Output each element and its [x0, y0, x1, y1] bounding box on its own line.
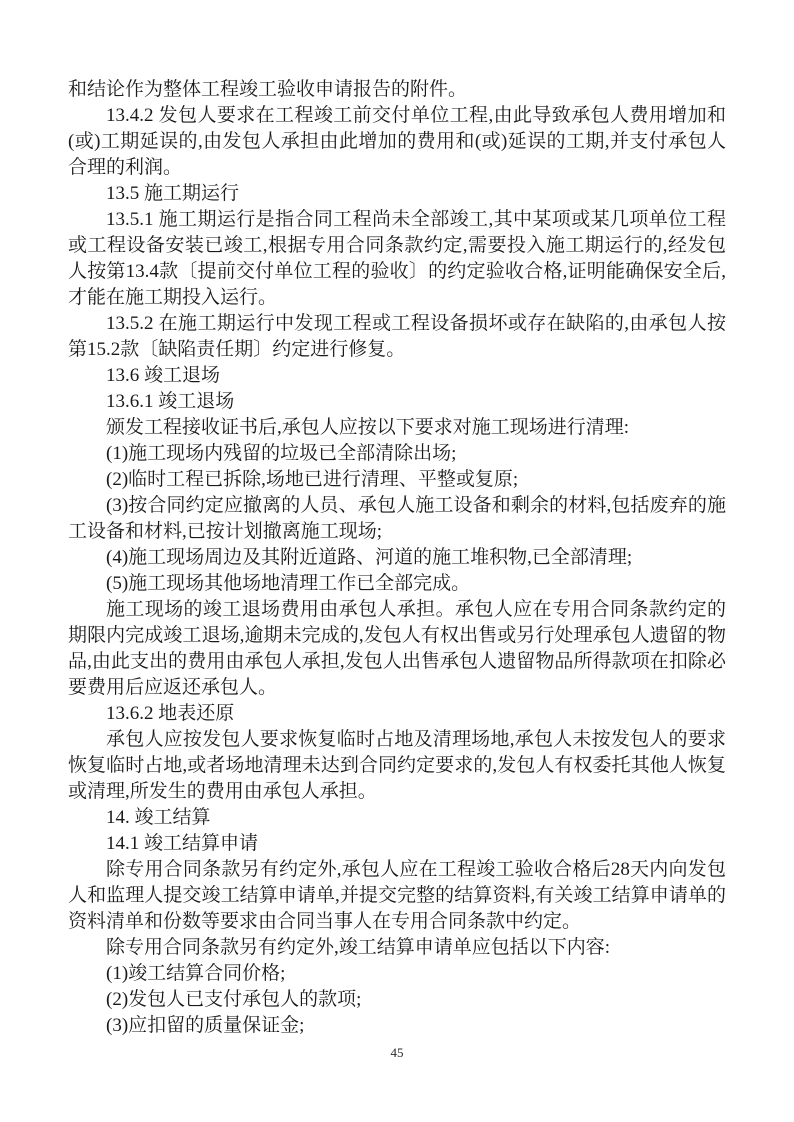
paragraph: 颁发工程接收证书后,承包人应按以下要求对施工现场进行清理: [68, 415, 726, 441]
paragraph: 13.5.2 在施工期运行中发现工程或工程设备损坏或存在缺陷的,由承包人按第15… [68, 311, 726, 363]
paragraph: 14.1 竣工结算申请 [68, 831, 726, 857]
page-number: 45 [68, 1044, 726, 1062]
paragraph: (1)施工现场内残留的垃圾已全部清除出场; [68, 441, 726, 467]
paragraph: (2)发包人已支付承包人的款项; [68, 987, 726, 1013]
paragraph: 除专用合同条款另有约定外,承包人应在工程竣工验收合格后28天内向发包人和监理人提… [68, 857, 726, 935]
paragraph: (3)按合同约定应撤离的人员、承包人施工设备和剩余的材料,包括废弃的施工设备和材… [68, 493, 726, 545]
paragraph: (2)临时工程已拆除,场地已进行清理、平整或复原; [68, 467, 726, 493]
paragraph: 13.6.2 地表还原 [68, 701, 726, 727]
paragraph: 和结论作为整体工程竣工验收申请报告的附件。 [68, 77, 726, 103]
paragraph: 13.6 竣工退场 [68, 363, 726, 389]
paragraph: (1)竣工结算合同价格; [68, 961, 726, 987]
paragraph: 13.5 施工期运行 [68, 181, 726, 207]
document-page: 和结论作为整体工程竣工验收申请报告的附件。13.4.2 发包人要求在工程竣工前交… [0, 0, 794, 1122]
paragraph: (5)施工现场其他场地清理工作已全部完成。 [68, 571, 726, 597]
paragraph: 承包人应按发包人要求恢复临时占地及清理场地,承包人未按发包人的要求恢复临时占地,… [68, 727, 726, 805]
paragraph: 除专用合同条款另有约定外,竣工结算申请单应包括以下内容: [68, 935, 726, 961]
paragraph: 施工现场的竣工退场费用由承包人承担。承包人应在专用合同条款约定的期限内完成竣工退… [68, 597, 726, 701]
paragraph: 13.4.2 发包人要求在工程竣工前交付单位工程,由此导致承包人费用增加和(或)… [68, 103, 726, 181]
paragraph: (3)应扣留的质量保证金; [68, 1013, 726, 1039]
paragraph: (4)施工现场周边及其附近道路、河道的施工堆积物,已全部清理; [68, 545, 726, 571]
paragraph: 13.6.1 竣工退场 [68, 389, 726, 415]
paragraph: 13.5.1 施工期运行是指合同工程尚未全部竣工,其中某项或某几项单位工程或工程… [68, 207, 726, 311]
document-body: 和结论作为整体工程竣工验收申请报告的附件。13.4.2 发包人要求在工程竣工前交… [68, 77, 726, 1039]
paragraph: 14. 竣工结算 [68, 805, 726, 831]
